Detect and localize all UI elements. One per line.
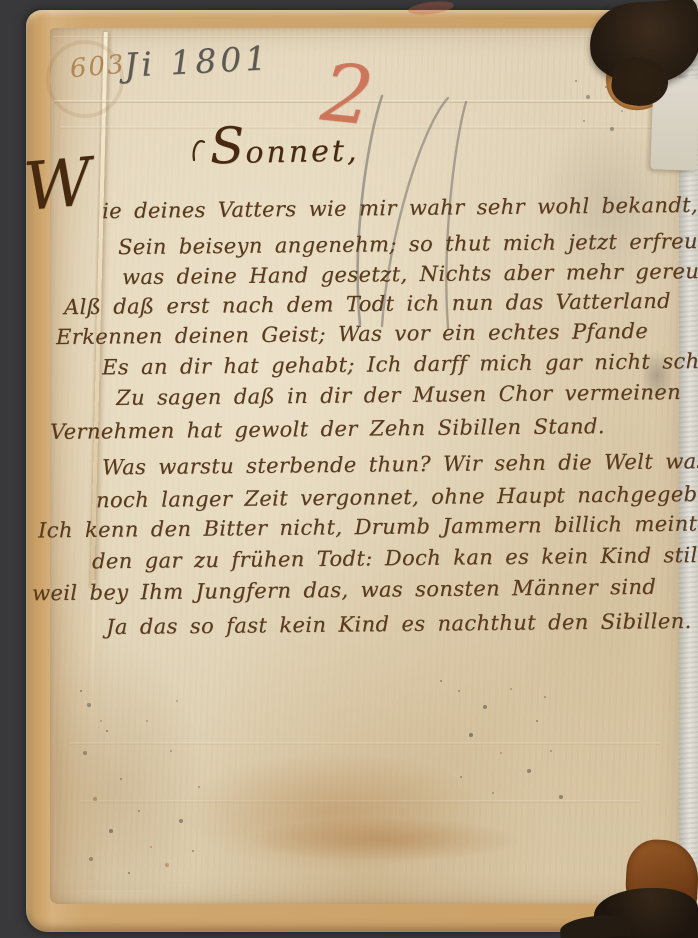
horizontal-crease: [80, 800, 640, 803]
horizontal-crease: [54, 100, 680, 103]
horizontal-crease: [70, 742, 660, 745]
manuscript-scan: 603 Ji 1801 2 Sonnet, W ie deines Vatter…: [0, 0, 698, 938]
top-edge-crease: [54, 36, 654, 38]
horizontal-crease: [60, 126, 670, 129]
pastedown-page: [50, 28, 684, 904]
